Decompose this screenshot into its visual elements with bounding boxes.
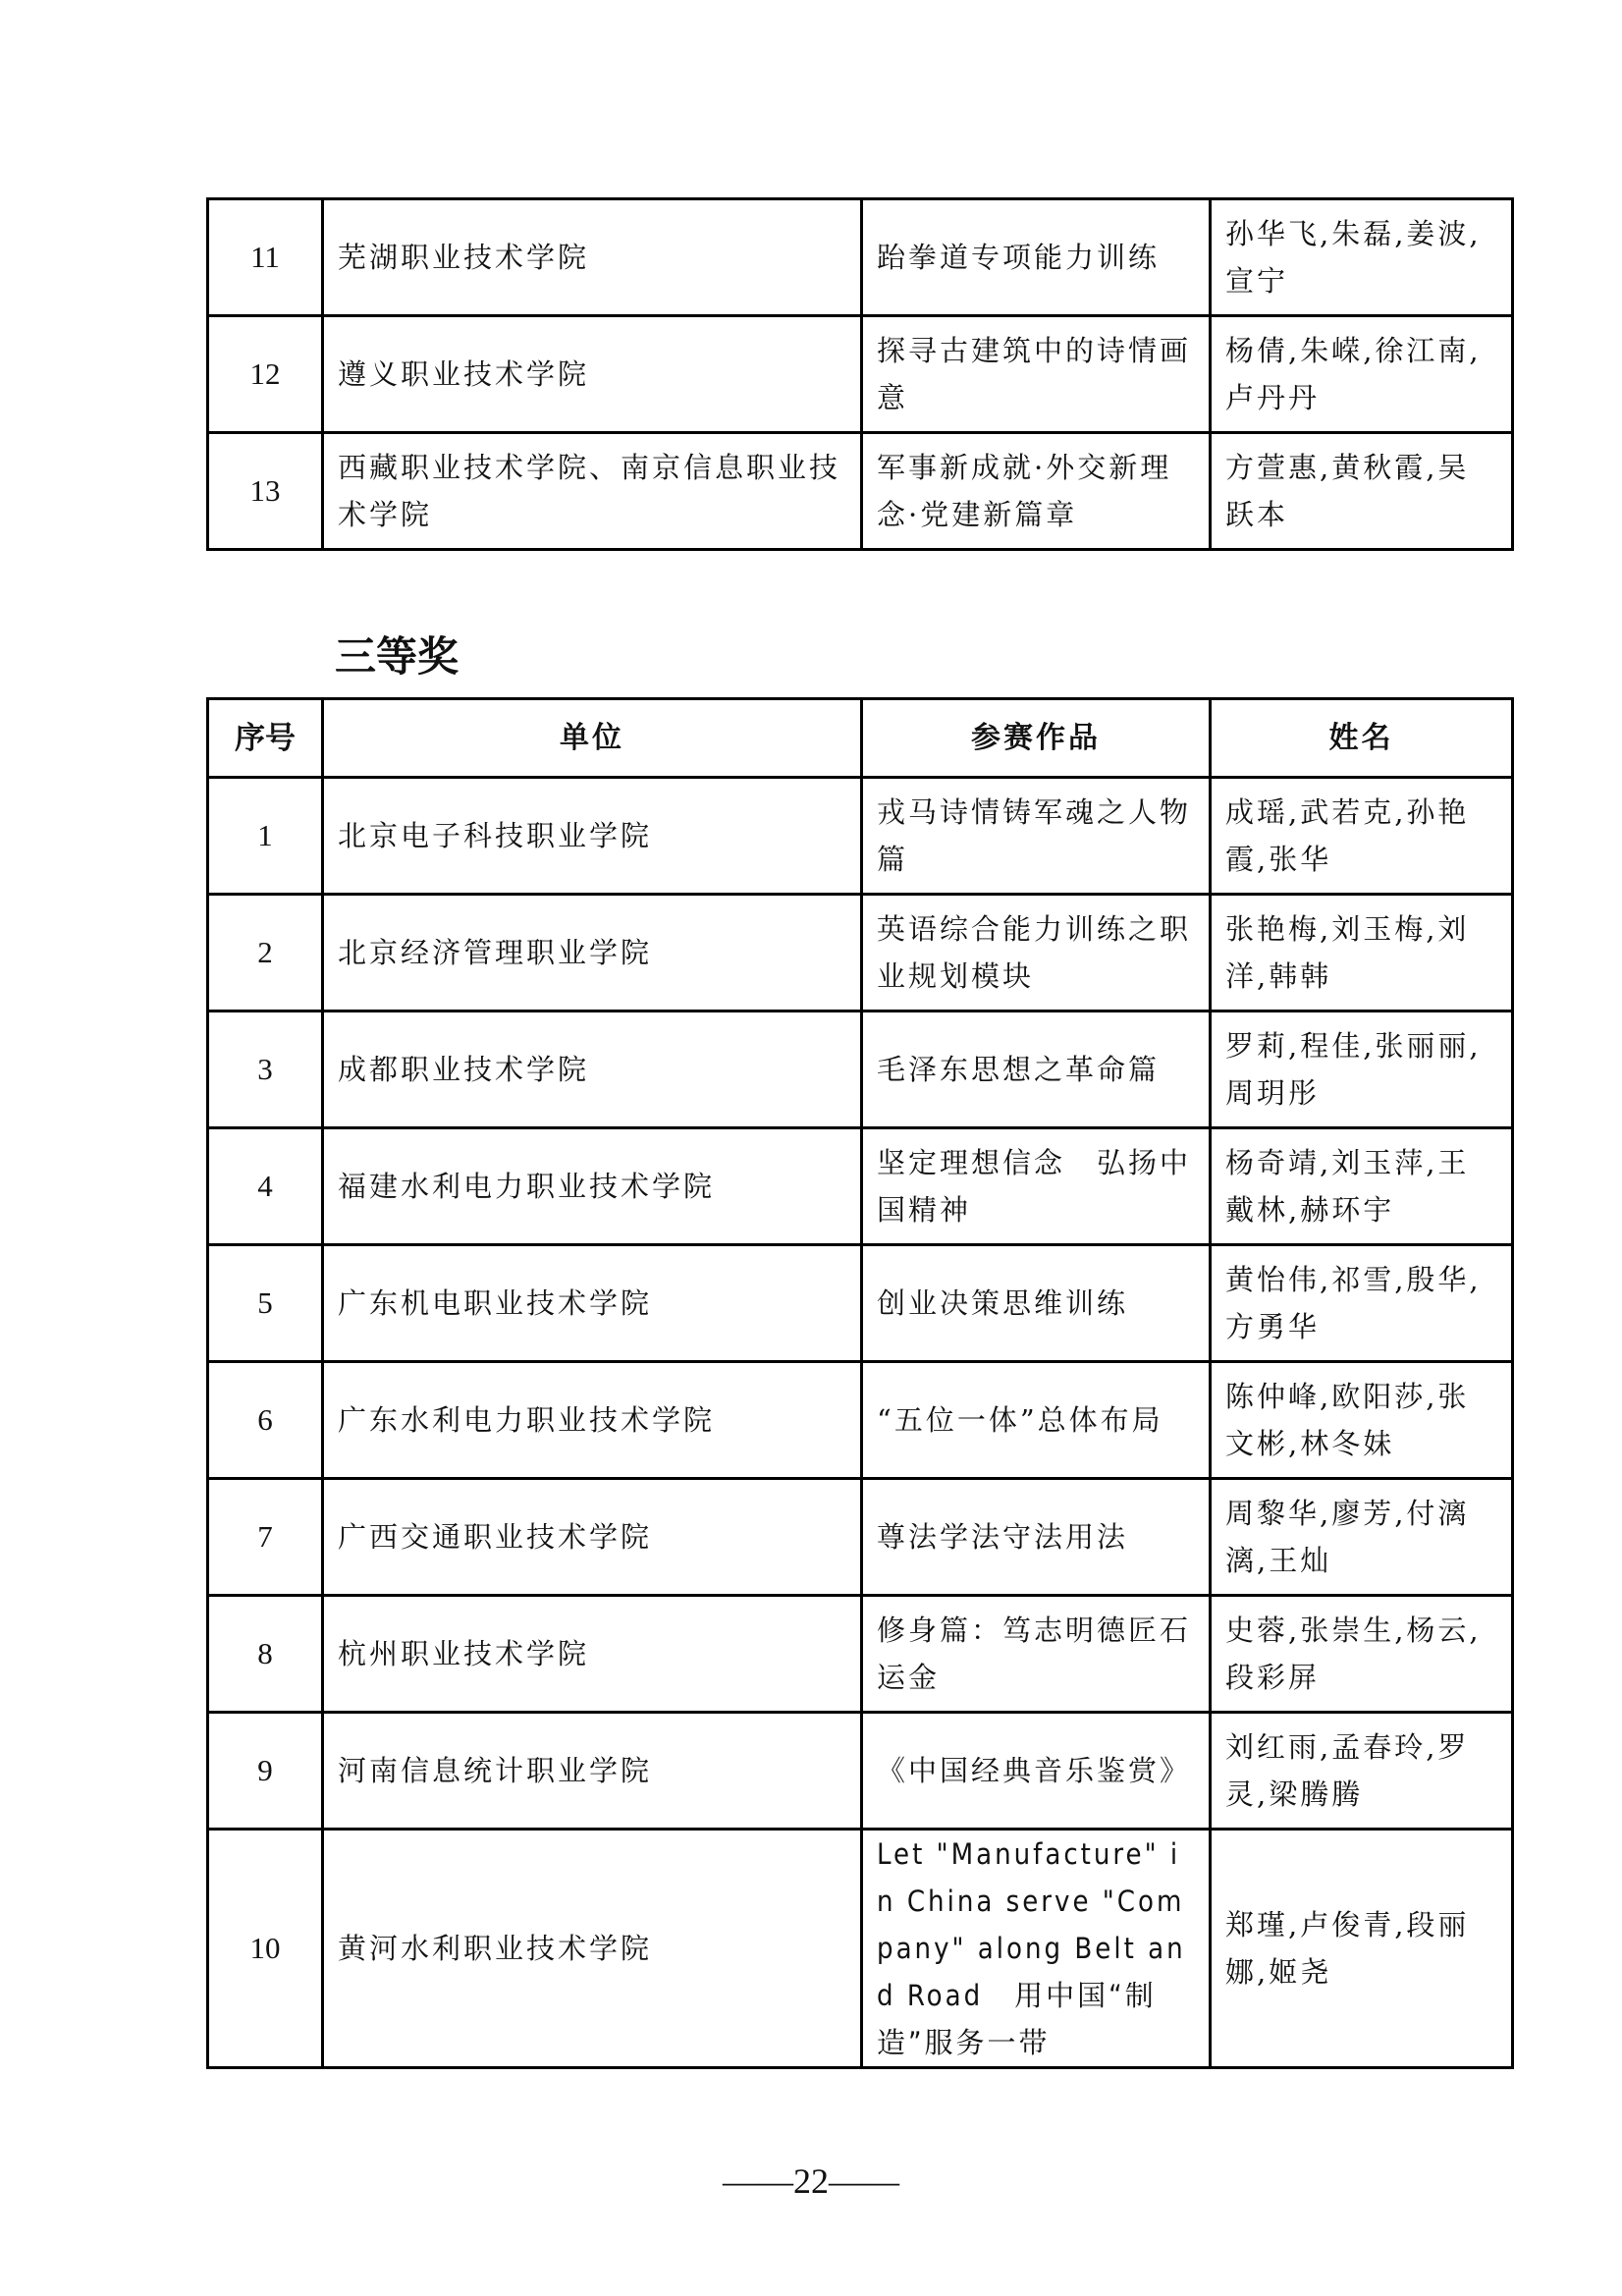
table-row: 12 遵义职业技术学院 探寻古建筑中的诗情画意 杨倩,朱嵘,徐江南,卢丹丹: [208, 316, 1513, 433]
page-number: ——22——: [0, 2160, 1622, 2202]
unit-cell: 北京经济管理职业学院: [323, 895, 862, 1011]
unit-cell: 河南信息统计职业学院: [323, 1713, 862, 1830]
names-cell: 刘红雨,孟春玲,罗灵,梁腾腾: [1211, 1713, 1513, 1830]
row-number: 4: [208, 1128, 323, 1245]
unit-cell: 黄河水利职业技术学院: [323, 1830, 862, 2068]
column-header-unit: 单位: [323, 699, 862, 778]
unit-cell: 广东机电职业技术学院: [323, 1245, 862, 1362]
table-row: 1 北京电子科技职业学院 戎马诗情铸军魂之人物篇 成瑶,武若克,孙艳霞,张华: [208, 778, 1513, 895]
row-number: 12: [208, 316, 323, 433]
names-cell: 罗莉,程佳,张丽丽,周玥彤: [1211, 1011, 1513, 1128]
unit-cell: 北京电子科技职业学院: [323, 778, 862, 895]
work-cell: 英语综合能力训练之职业规划模块: [862, 895, 1211, 1011]
work-cell: 坚定理想信念 弘扬中国精神: [862, 1128, 1211, 1245]
work-cell: “五位一体”总体布局: [862, 1362, 1211, 1479]
names-cell: 孙华飞,朱磊,姜波,宣宁: [1211, 199, 1513, 316]
table-row: 11 芜湖职业技术学院 跆拳道专项能力训练 孙华飞,朱磊,姜波,宣宁: [208, 199, 1513, 316]
names-cell: 方萱惠,黄秋霞,吴跃本: [1211, 433, 1513, 550]
unit-cell: 西藏职业技术学院、南京信息职业技术学院: [323, 433, 862, 550]
third-prize-table: 序号 单位 参赛作品 姓名 1 北京电子科技职业学院 戎马诗情铸军魂之人物篇 成…: [206, 697, 1514, 2069]
work-cell: 探寻古建筑中的诗情画意: [862, 316, 1211, 433]
names-cell: 杨奇靖,刘玉萍,王戴林,赫环宇: [1211, 1128, 1513, 1245]
unit-cell: 遵义职业技术学院: [323, 316, 862, 433]
names-cell: 郑瑾,卢俊青,段丽娜,姬尧: [1211, 1830, 1513, 2068]
column-header-names: 姓名: [1211, 699, 1513, 778]
names-cell: 黄怡伟,祁雪,殷华,方勇华: [1211, 1245, 1513, 1362]
table-row: 10 黄河水利职业技术学院 Let "Manufacture" in China…: [208, 1830, 1513, 2068]
row-number: 9: [208, 1713, 323, 1830]
row-number: 10: [208, 1830, 323, 2068]
unit-cell: 福建水利电力职业技术学院: [323, 1128, 862, 1245]
unit-cell: 广东水利电力职业技术学院: [323, 1362, 862, 1479]
work-cell: 尊法学法守法用法: [862, 1479, 1211, 1596]
work-cell: 军事新成就·外交新理念·党建新篇章: [862, 433, 1211, 550]
row-number: 2: [208, 895, 323, 1011]
row-number: 1: [208, 778, 323, 895]
row-number: 11: [208, 199, 323, 316]
row-number: 6: [208, 1362, 323, 1479]
names-cell: 张艳梅,刘玉梅,刘洋,韩韩: [1211, 895, 1513, 1011]
unit-cell: 芜湖职业技术学院: [323, 199, 862, 316]
work-cell: 毛泽东思想之革命篇: [862, 1011, 1211, 1128]
table-row: 7 广西交通职业技术学院 尊法学法守法用法 周黎华,廖芳,付漓漓,王灿: [208, 1479, 1513, 1596]
unit-cell: 杭州职业技术学院: [323, 1596, 862, 1713]
table-row: 2 北京经济管理职业学院 英语综合能力训练之职业规划模块 张艳梅,刘玉梅,刘洋,…: [208, 895, 1513, 1011]
table-row: 9 河南信息统计职业学院 《中国经典音乐鉴赏》 刘红雨,孟春玲,罗灵,梁腾腾: [208, 1713, 1513, 1830]
row-number: 5: [208, 1245, 323, 1362]
column-header-no: 序号: [208, 699, 323, 778]
work-cell: 跆拳道专项能力训练: [862, 199, 1211, 316]
row-number: 3: [208, 1011, 323, 1128]
row-number: 8: [208, 1596, 323, 1713]
table-row: 4 福建水利电力职业技术学院 坚定理想信念 弘扬中国精神 杨奇靖,刘玉萍,王戴林…: [208, 1128, 1513, 1245]
table-row: 13 西藏职业技术学院、南京信息职业技术学院 军事新成就·外交新理念·党建新篇章…: [208, 433, 1513, 550]
third-prize-heading: 三等奖: [335, 625, 459, 683]
unit-cell: 广西交通职业技术学院: [323, 1479, 862, 1596]
table-header-row: 序号 单位 参赛作品 姓名: [208, 699, 1513, 778]
column-header-work: 参赛作品: [862, 699, 1211, 778]
names-cell: 成瑶,武若克,孙艳霞,张华: [1211, 778, 1513, 895]
second-prize-table-continued: 11 芜湖职业技术学院 跆拳道专项能力训练 孙华飞,朱磊,姜波,宣宁 12 遵义…: [206, 197, 1514, 551]
names-cell: 陈仲峰,欧阳莎,张文彬,林冬妹: [1211, 1362, 1513, 1479]
row-number: 13: [208, 433, 323, 550]
names-cell: 史蓉,张崇生,杨云,段彩屏: [1211, 1596, 1513, 1713]
row-number: 7: [208, 1479, 323, 1596]
table-row: 8 杭州职业技术学院 修身篇：笃志明德匠石运金 史蓉,张崇生,杨云,段彩屏: [208, 1596, 1513, 1713]
work-cell: 创业决策思维训练: [862, 1245, 1211, 1362]
table-row: 6 广东水利电力职业技术学院 “五位一体”总体布局 陈仲峰,欧阳莎,张文彬,林冬…: [208, 1362, 1513, 1479]
unit-cell: 成都职业技术学院: [323, 1011, 862, 1128]
table-row: 3 成都职业技术学院 毛泽东思想之革命篇 罗莉,程佳,张丽丽,周玥彤: [208, 1011, 1513, 1128]
names-cell: 杨倩,朱嵘,徐江南,卢丹丹: [1211, 316, 1513, 433]
work-cell: 《中国经典音乐鉴赏》: [862, 1713, 1211, 1830]
work-cell: 修身篇：笃志明德匠石运金: [862, 1596, 1211, 1713]
table-row: 5 广东机电职业技术学院 创业决策思维训练 黄怡伟,祁雪,殷华,方勇华: [208, 1245, 1513, 1362]
names-cell: 周黎华,廖芳,付漓漓,王灿: [1211, 1479, 1513, 1596]
work-cell: Let "Manufacture" in China serve "Compan…: [862, 1830, 1211, 2068]
work-cell: 戎马诗情铸军魂之人物篇: [862, 778, 1211, 895]
